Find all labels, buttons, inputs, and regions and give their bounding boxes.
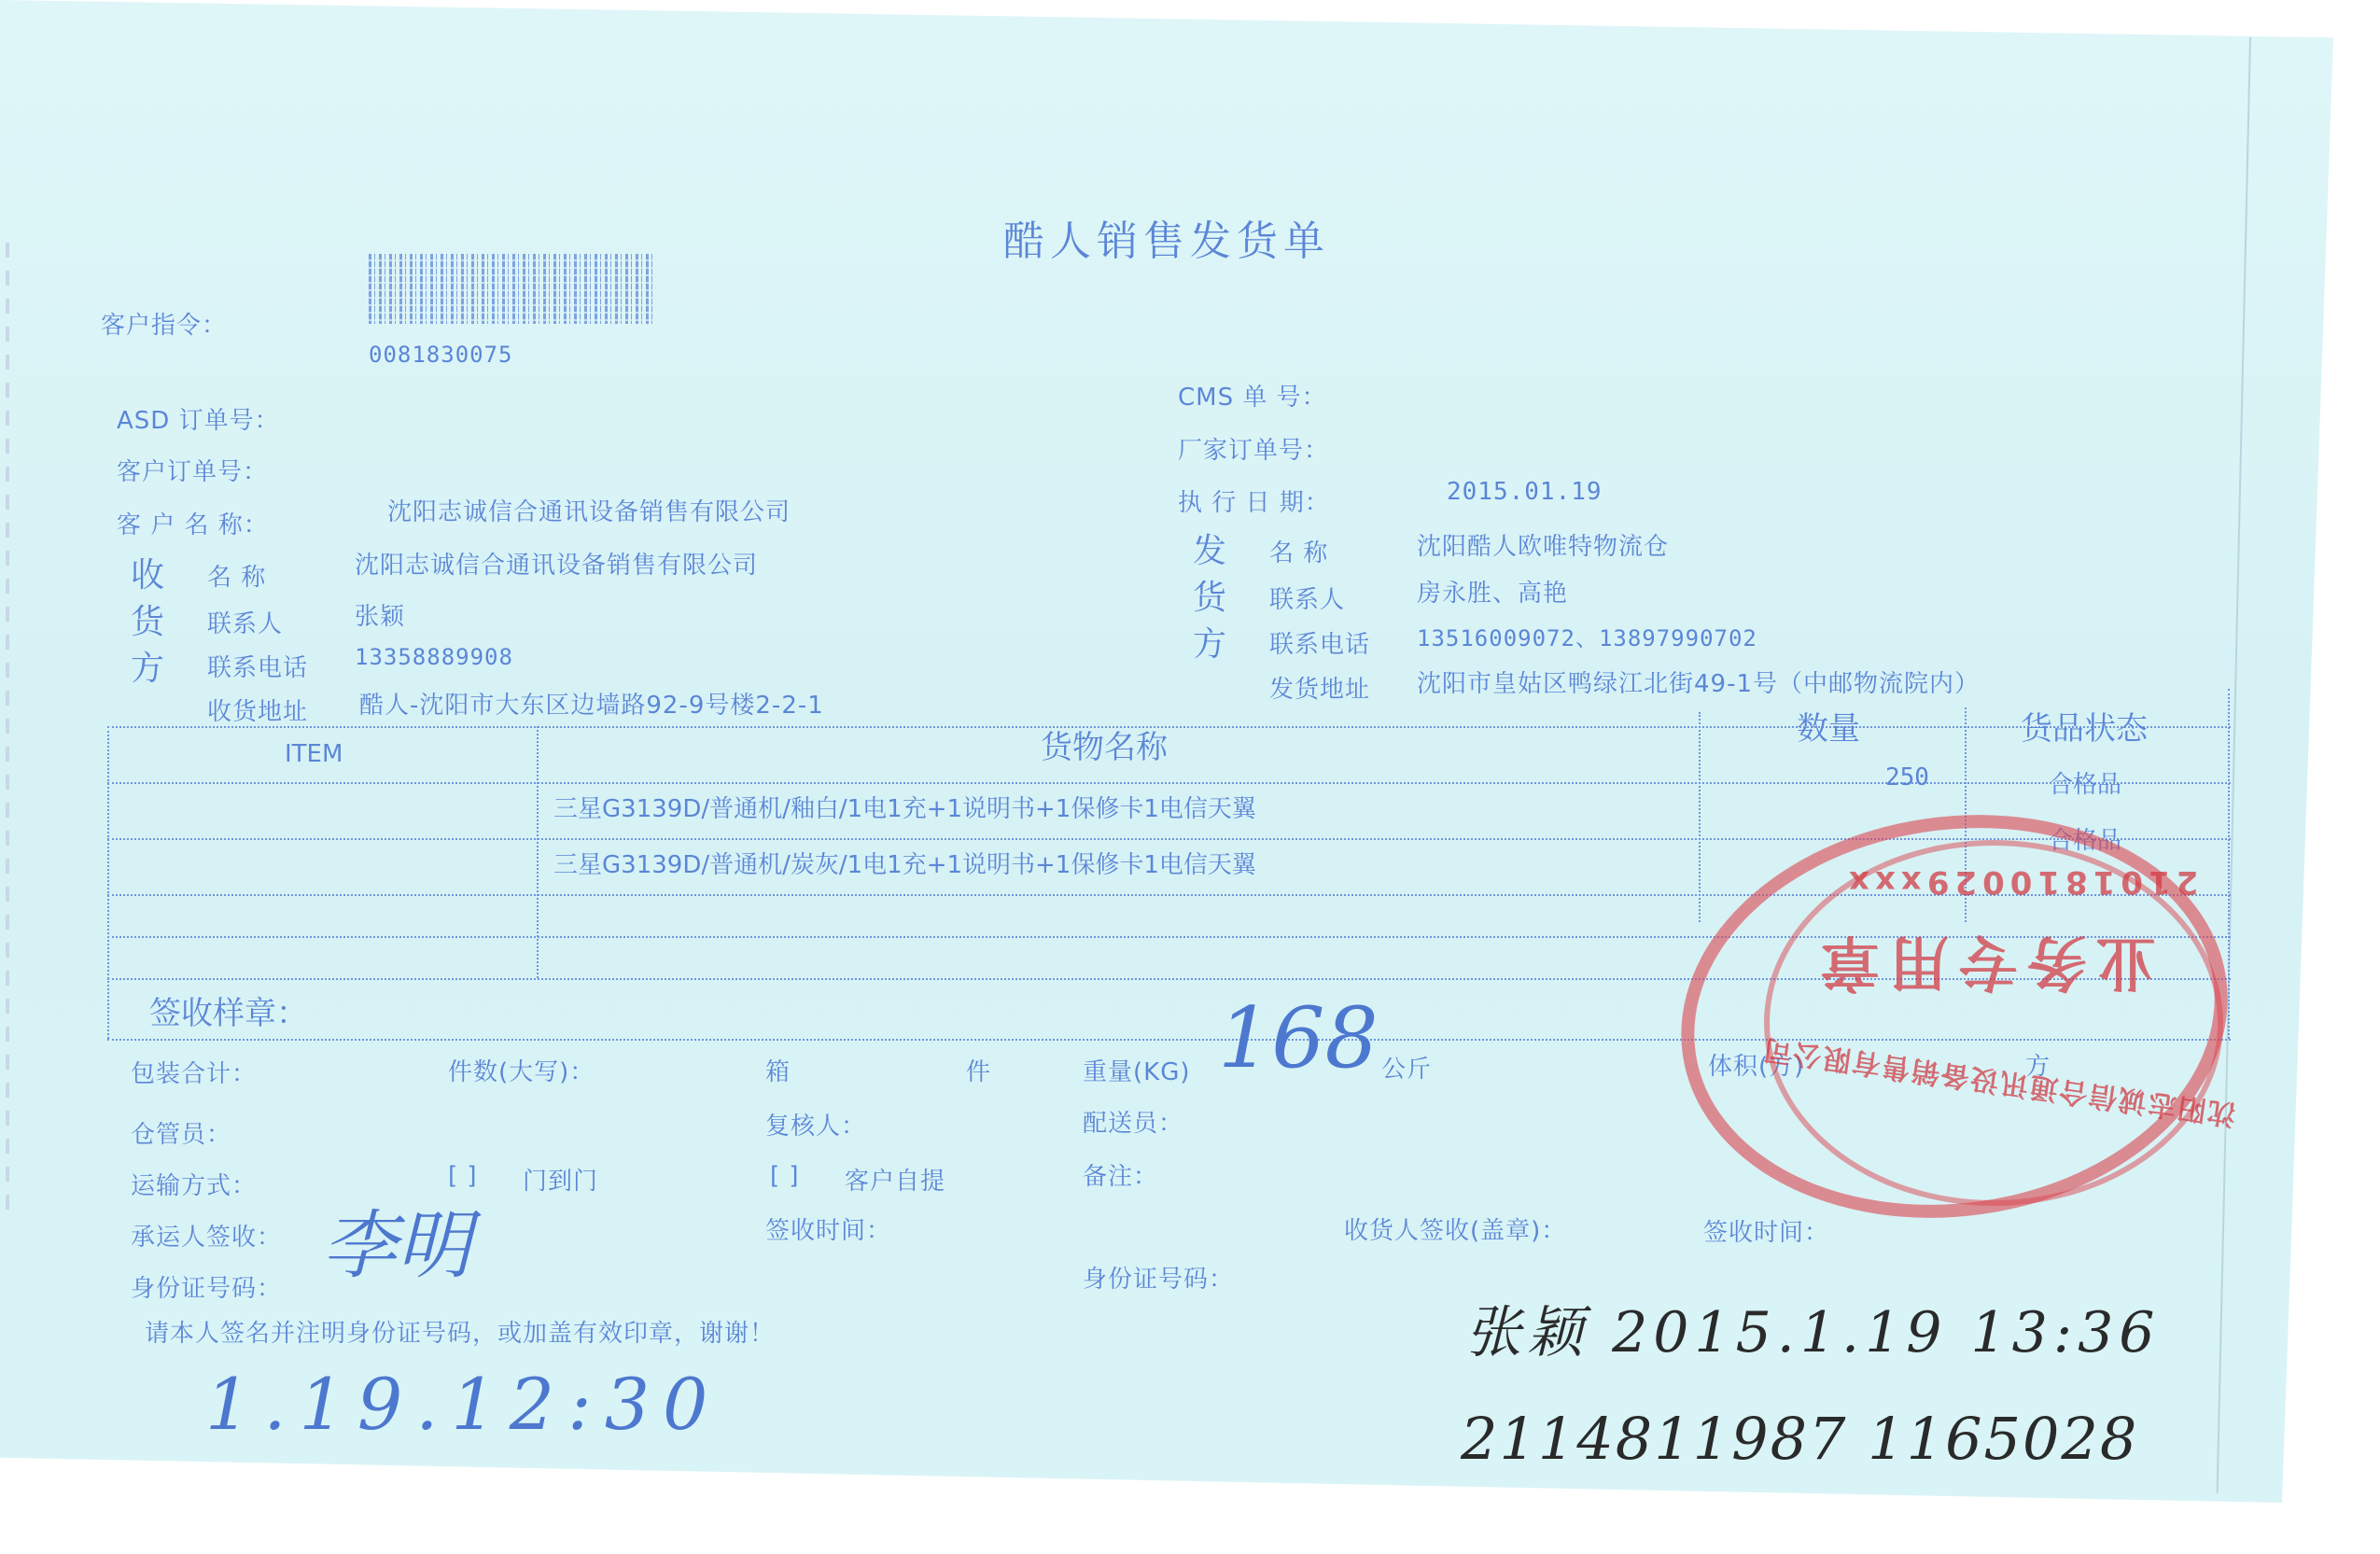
factory-order-label: 厂家订单号： (1178, 431, 1329, 466)
warehouse-keeper-label: 仓管员： (131, 1115, 231, 1150)
self-pickup-checkbox[interactable]: [ ] (770, 1162, 800, 1190)
kg-label: 公斤 (1381, 1050, 1432, 1085)
cms-order-label: CMS 单 号： (1178, 378, 1327, 413)
stamp-number: 2101810029xxx (1843, 863, 2198, 901)
header-quantity: 数量 (1797, 703, 1860, 749)
shipper-contact-value: 房永胜、高艳 (1417, 574, 1568, 609)
piece-label: 件 (966, 1053, 991, 1087)
shipper-name-value: 沈阳酷人欧唯特物流仓 (1417, 527, 1669, 562)
transport-method-label: 运输方式： (131, 1167, 257, 1201)
shipper-address-label: 发货地址 (1269, 670, 1370, 705)
weight-label: 重量(KG) (1083, 1053, 1191, 1087)
goods-status: 合格品 (2049, 765, 2121, 800)
goods-name: 三星G3139D/普通机/炭灰/1电1充+1说明书+1保修卡1电信天翼 (553, 846, 1256, 880)
receiver-side-char: 收 (131, 549, 165, 596)
shipper-phone-value: 13516009072、13897990702 (1417, 620, 1757, 652)
stamp-purpose: 业务专用章 (1811, 924, 2156, 1010)
receiver-address-label: 收货地址 (207, 693, 308, 727)
reviewer-label: 复核人： (765, 1107, 866, 1141)
receiver-phone-value: 13358889908 (355, 644, 513, 670)
receiver-name-label: 名 称 (207, 558, 266, 593)
carrier-sign-time-label: 签收时间： (765, 1211, 891, 1246)
remarks-label: 备注： (1083, 1157, 1158, 1192)
package-total-label: 包装合计： (131, 1055, 257, 1089)
goods-name: 三星G3139D/普通机/釉白/1电1充+1说明书+1保修卡1电信天翼 (553, 790, 1256, 824)
shipper-name-label: 名 称 (1269, 534, 1328, 568)
barcode-number: 0081830075 (369, 342, 513, 368)
receiver-side-char: 货 (131, 595, 165, 643)
receiver-phone-label: 联系电话 (207, 649, 308, 683)
perforation-edge (6, 243, 9, 1223)
receiver-name-value: 沈阳志诚信合通讯设备销售有限公司 (355, 546, 758, 581)
goods-qty: 250 (1885, 763, 1929, 791)
receiver-sign-time-label: 签收时间： (1703, 1213, 1829, 1248)
customer-instruction-label: 客户指令： (101, 306, 227, 341)
pieces-label: 件数(大写)： (448, 1053, 595, 1087)
delivery-person-label: 配送员： (1083, 1104, 1183, 1139)
receiver-handwritten-signature: 张颖 2015.1.19 13:36 (1465, 1288, 2160, 1368)
customer-order-label: 客户订单号： (117, 453, 268, 487)
signature-notice: 请本人签名并注明身份证号码，或加盖有效印章，谢谢！ (145, 1314, 775, 1349)
receiver-address-value: 酷人-沈阳市大东区边墙路92-9号楼2-2-1 (359, 686, 824, 721)
door-to-door-label: 门到门 (523, 1162, 598, 1197)
customer-name-value: 沈阳志诚信合通讯设备销售有限公司 (387, 493, 791, 527)
header-status: 货品状态 (2021, 703, 2148, 749)
box-label: 箱 (765, 1053, 791, 1087)
header-item: ITEM (285, 740, 343, 768)
exec-date-label: 执 行 日 期： (1178, 483, 1330, 518)
asd-order-label: ASD 订单号： (117, 401, 280, 436)
header-goods-name: 货物名称 (1041, 721, 1168, 767)
carrier-handwritten-time: 1.19.12:30 (205, 1363, 721, 1446)
sign-sample-label: 签收样章： (149, 987, 308, 1033)
shipper-side-char: 货 (1193, 571, 1227, 619)
carrier-id-label: 身份证号码： (131, 1269, 282, 1304)
self-pickup-label: 客户自提 (845, 1162, 945, 1197)
receiver-id-label: 身份证号码： (1083, 1260, 1234, 1295)
shipper-side-char: 方 (1193, 618, 1227, 665)
receiver-handwritten-id: 2114811987 1165028 (1461, 1405, 2138, 1473)
carrier-sign-label: 承运人签收： (131, 1218, 282, 1253)
receiver-contact-label: 联系人 (207, 605, 283, 639)
shipper-phone-label: 联系电话 (1269, 625, 1370, 660)
carrier-signature: 李明 (322, 1185, 471, 1293)
receiver-side-char: 方 (131, 642, 165, 690)
receiver-sign-label: 收货人签收(盖章)： (1344, 1211, 1566, 1246)
document-title: 酷人销售发货单 (1003, 207, 1330, 267)
shipper-contact-label: 联系人 (1269, 581, 1345, 615)
shipper-address-value: 沈阳市皇姑区鸭绿江北街49-1号（中邮物流院内） (1417, 665, 1980, 699)
shipper-side-char: 发 (1193, 525, 1227, 572)
exec-date-value: 2015.01.19 (1447, 478, 1603, 506)
customer-name-label: 客 户 名 称： (117, 506, 269, 540)
barcode (369, 254, 653, 324)
weight-value: 168 (1218, 989, 1379, 1087)
receiver-contact-value: 张颖 (355, 597, 405, 632)
